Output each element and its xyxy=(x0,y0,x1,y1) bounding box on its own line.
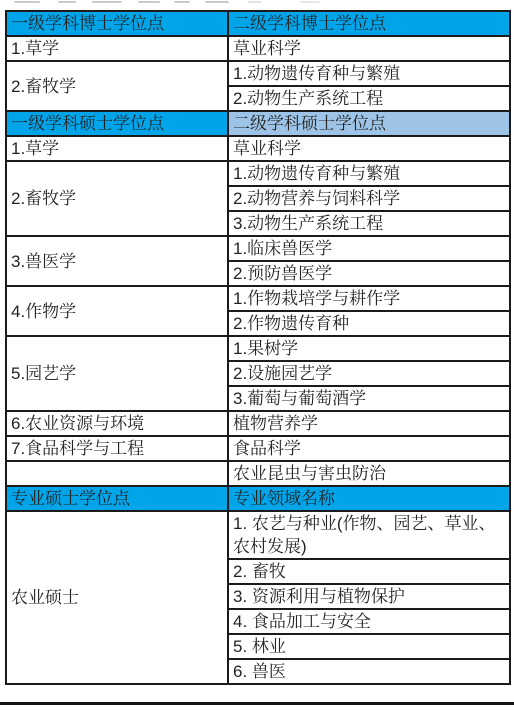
table-row: 4.作物学1.作物栽培学与耕作学 xyxy=(6,286,510,311)
header-cell-professional-right: 专业领域名称 xyxy=(228,486,510,511)
empty-cell xyxy=(6,461,228,486)
subdiscipline-cell: 3. 资源利用与植物保护 xyxy=(228,584,510,609)
section-header-row-masters: 一级学科硕士学位点二级学科硕士学位点 xyxy=(6,111,510,136)
subdiscipline-cell: 1.临床兽医学 xyxy=(228,236,510,261)
subdiscipline-cell: 农业昆虫与害虫防治 xyxy=(228,461,510,486)
discipline-cell: 7.食品科学与工程 xyxy=(6,436,228,461)
section-header-row-professional: 专业硕士学位点专业领域名称 xyxy=(6,486,510,511)
subdiscipline-cell: 4. 食品加工与安全 xyxy=(228,609,510,634)
degree-table-body: 一级学科博士学位点二级学科博士学位点1.草学草业科学2.畜牧学1.动物遗传育种与… xyxy=(6,11,510,684)
table-row: 2.畜牧学1.动物遗传育种与繁殖 xyxy=(6,161,510,186)
table-row: 农业硕士1. 农艺与种业(作物、园艺、草业、农村发展) xyxy=(6,511,510,559)
subdiscipline-cell: 2.设施园艺学 xyxy=(228,361,510,386)
table-row: 3.兽医学1.临床兽医学 xyxy=(6,236,510,261)
header-cell-masters-left: 一级学科硕士学位点 xyxy=(6,111,228,136)
header-cell-doctoral-right: 二级学科博士学位点 xyxy=(228,11,510,36)
subdiscipline-cell: 2.动物营养与饲料科学 xyxy=(228,186,510,211)
cropped-text-artifact xyxy=(0,0,514,4)
degree-programs-table: 一级学科博士学位点二级学科博士学位点1.草学草业科学2.畜牧学1.动物遗传育种与… xyxy=(5,10,511,685)
discipline-cell: 5.园艺学 xyxy=(6,336,228,411)
subdiscipline-cell: 2. 畜牧 xyxy=(228,559,510,584)
subdiscipline-cell: 5. 林业 xyxy=(228,634,510,659)
subdiscipline-cell: 1.动物遗传育种与繁殖 xyxy=(228,61,510,86)
subdiscipline-cell: 2.预防兽医学 xyxy=(228,261,510,286)
subdiscipline-cell: 3.葡萄与葡萄酒学 xyxy=(228,386,510,411)
table-row: 5.园艺学1.果树学 xyxy=(6,336,510,361)
subdiscipline-cell: 草业科学 xyxy=(228,36,510,61)
subdiscipline-cell: 6. 兽医 xyxy=(228,659,510,684)
table-row: 农业昆虫与害虫防治 xyxy=(6,461,510,486)
subdiscipline-cell: 食品科学 xyxy=(228,436,510,461)
subdiscipline-cell: 1.果树学 xyxy=(228,336,510,361)
discipline-cell: 2.畜牧学 xyxy=(6,161,228,236)
table-row: 2.畜牧学1.动物遗传育种与繁殖 xyxy=(6,61,510,86)
table-row: 1.草学草业科学 xyxy=(6,36,510,61)
discipline-cell: 1.草学 xyxy=(6,136,228,161)
subdiscipline-cell: 2.作物遗传育种 xyxy=(228,311,510,336)
subdiscipline-cell: 1.动物遗传育种与繁殖 xyxy=(228,161,510,186)
subdiscipline-cell: 植物营养学 xyxy=(228,411,510,436)
page: 一级学科博士学位点二级学科博士学位点1.草学草业科学2.畜牧学1.动物遗传育种与… xyxy=(0,0,514,712)
subdiscipline-cell: 草业科学 xyxy=(228,136,510,161)
discipline-cell: 2.畜牧学 xyxy=(6,61,228,111)
subdiscipline-cell: 2.动物生产系统工程 xyxy=(228,86,510,111)
header-cell-masters-right: 二级学科硕士学位点 xyxy=(228,111,510,136)
subdiscipline-cell: 1. 农艺与种业(作物、园艺、草业、农村发展) xyxy=(228,511,510,559)
bottom-divider-line xyxy=(0,702,514,705)
table-row: 7.食品科学与工程食品科学 xyxy=(6,436,510,461)
discipline-cell: 4.作物学 xyxy=(6,286,228,336)
subdiscipline-cell: 1.作物栽培学与耕作学 xyxy=(228,286,510,311)
discipline-cell: 3.兽医学 xyxy=(6,236,228,286)
discipline-cell: 农业硕士 xyxy=(6,511,228,684)
header-cell-doctoral-left: 一级学科博士学位点 xyxy=(6,11,228,36)
section-header-row-doctoral: 一级学科博士学位点二级学科博士学位点 xyxy=(6,11,510,36)
table-row: 6.农业资源与环境植物营养学 xyxy=(6,411,510,436)
discipline-cell: 6.农业资源与环境 xyxy=(6,411,228,436)
subdiscipline-cell: 3.动物生产系统工程 xyxy=(228,211,510,236)
header-cell-professional-left: 专业硕士学位点 xyxy=(6,486,228,511)
discipline-cell: 1.草学 xyxy=(6,36,228,61)
table-row: 1.草学草业科学 xyxy=(6,136,510,161)
